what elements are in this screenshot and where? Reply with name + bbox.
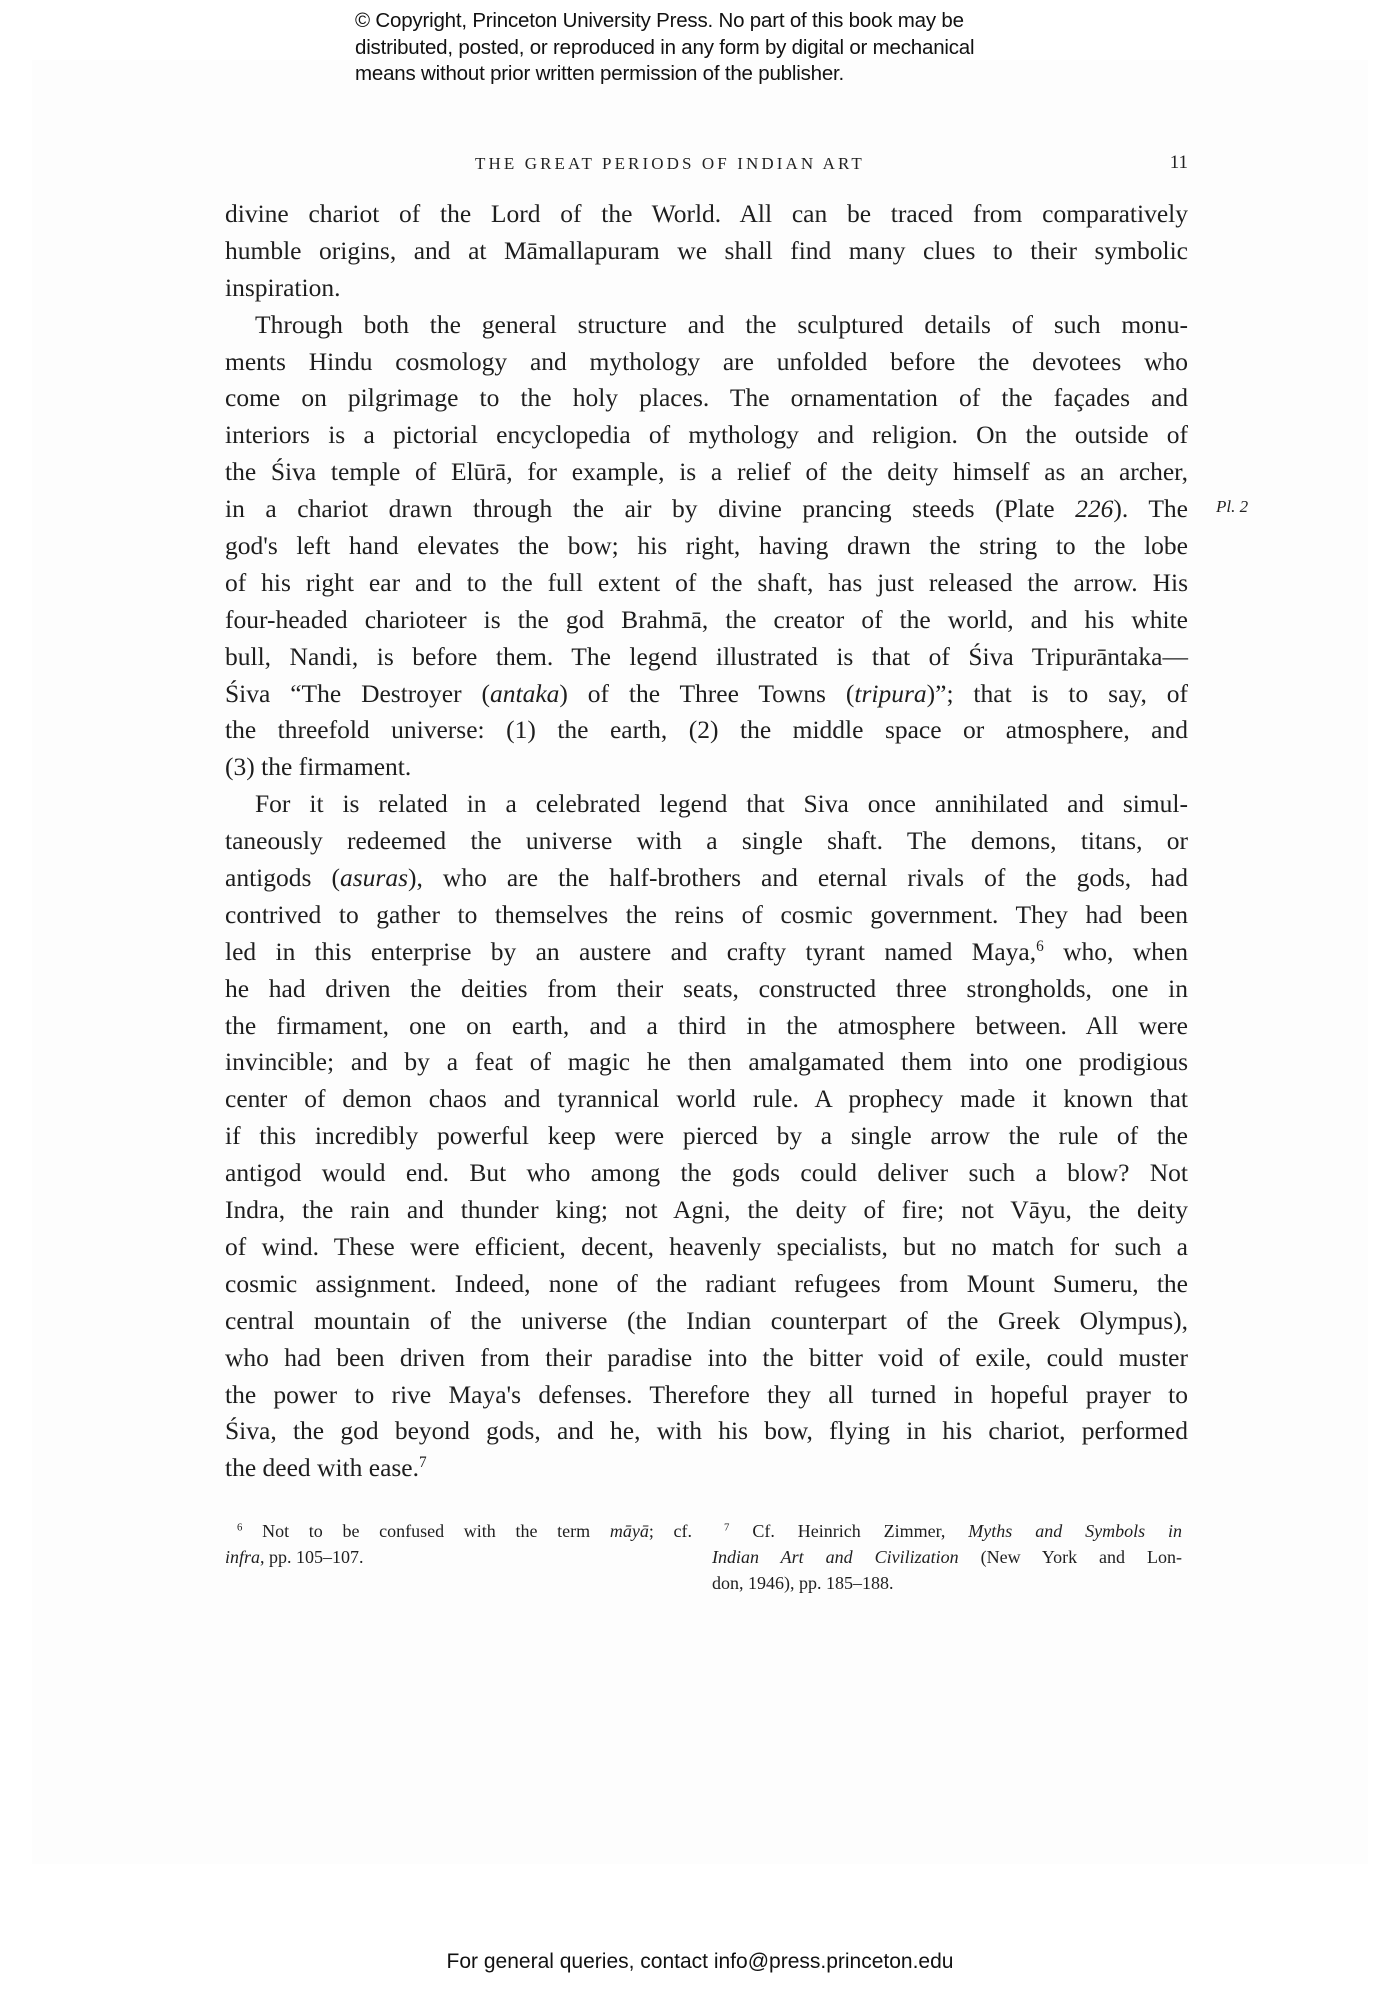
text-segment: who, when	[1044, 937, 1188, 966]
book-title: Indian Art and Civilization	[712, 1547, 959, 1567]
text-line: of his right ear and to the full extent …	[225, 565, 1188, 602]
plate-reference: 226	[1075, 494, 1113, 523]
text-line: god's left hand elevates the bow; his ri…	[225, 528, 1188, 565]
text-segment: led in this enterprise by an austere and…	[225, 937, 1036, 966]
text-line: central mountain of the universe (the In…	[225, 1303, 1188, 1340]
footnote-line: 7 Cf. Heinrich Zimmer, Myths and Symbols…	[724, 1518, 1182, 1544]
text-line: four-headed charioteer is the god Brahmā…	[225, 602, 1188, 639]
copyright-notice: © Copyright, Princeton University Press.…	[355, 8, 1055, 88]
text-line: come on pilgrimage to the holy places. T…	[225, 380, 1188, 417]
paragraph-start-line: For it is related in a celebrated legend…	[225, 786, 1188, 823]
text-segment: the deed with ease.	[225, 1453, 419, 1482]
text-line: invincible; and by a feat of magic he th…	[225, 1044, 1188, 1081]
paragraph-start-line: Through both the general structure and t…	[225, 307, 1188, 344]
italic-term: tripura	[854, 679, 926, 708]
copyright-line: distributed, posted, or reproduced in an…	[355, 35, 1055, 62]
text-line: divine chariot of the Lord of the World.…	[225, 196, 1188, 233]
text-line: in a chariot drawn through the air by di…	[225, 491, 1188, 528]
text-line: contrived to gather to themselves the re…	[225, 897, 1188, 934]
page-number: 11	[1170, 152, 1188, 174]
text-segment: ) of the Three Towns (	[559, 679, 854, 708]
text-line: taneously redeemed the universe with a s…	[225, 823, 1188, 860]
contact-footer: For general queries, contact info@press.…	[0, 1950, 1400, 1974]
text-segment: Cf. Heinrich Zimmer,	[729, 1521, 968, 1541]
text-segment: Śiva “The Destroyer (	[225, 679, 490, 708]
footnote-ref-6[interactable]: 6	[1036, 938, 1044, 955]
footnote-7: 7 Cf. Heinrich Zimmer, Myths and Symbols…	[724, 1518, 1182, 1596]
text-line: the threefold universe: (1) the earth, (…	[225, 712, 1188, 749]
copyright-line: © Copyright, Princeton University Press.…	[355, 8, 1055, 35]
text-line: center of demon chaos and tyrannical wor…	[225, 1081, 1188, 1118]
text-line: ments Hindu cosmology and mythology are …	[225, 344, 1188, 381]
text-line: bull, Nandi, is before them. The legend …	[225, 639, 1188, 676]
footnote-line: don, 1946), pp. 185–188.	[712, 1570, 1182, 1596]
italic-term: infra	[225, 1547, 260, 1567]
text-line: cosmic assignment. Indeed, none of the r…	[225, 1266, 1188, 1303]
running-title: THE GREAT PERIODS OF INDIAN ART	[475, 154, 865, 174]
text-line: the Śiva temple of Elūrā, for example, i…	[225, 454, 1188, 491]
text-segment: (New York and Lon-	[959, 1547, 1182, 1567]
text-segment: in a chariot drawn through the air by di…	[225, 494, 1075, 523]
italic-term: asuras	[340, 863, 408, 892]
text-segment: ), who are the half-brothers and eternal…	[408, 863, 1188, 892]
text-line: (3) the firmament.	[225, 749, 1188, 786]
text-line: the power to rive Maya's defenses. There…	[225, 1377, 1188, 1414]
plate-margin-note: Pl. 2	[1216, 497, 1248, 517]
text-line: antigods (asuras), who are the half-brot…	[225, 860, 1188, 897]
footnote-line: infra, pp. 105–107.	[225, 1544, 692, 1570]
text-line: the deed with ease.7	[225, 1450, 1188, 1487]
text-segment: Not to be confused with the term	[242, 1521, 609, 1541]
footnote-line: 6 Not to be confused with the term māyā;…	[237, 1518, 692, 1544]
text-line: he had driven the deities from their sea…	[225, 971, 1188, 1008]
text-line: antigod would end. But who among the god…	[225, 1155, 1188, 1192]
footnote-line: Indian Art and Civilization (New York an…	[712, 1544, 1182, 1570]
text-line: the firmament, one on earth, and a third…	[225, 1008, 1188, 1045]
text-line: Śiva “The Destroyer (antaka) of the Thre…	[225, 676, 1188, 713]
copyright-line: means without prior written permission o…	[355, 61, 1055, 88]
text-line: humble origins, and at Māmallapuram we s…	[225, 233, 1188, 270]
book-title: Myths and Symbols in	[968, 1521, 1182, 1541]
text-line: who had been driven from their paradise …	[225, 1340, 1188, 1377]
italic-term: māyā	[610, 1521, 649, 1541]
text-line: led in this enterprise by an austere and…	[225, 934, 1188, 971]
text-line: if this incredibly powerful keep were pi…	[225, 1118, 1188, 1155]
body-text: divine chariot of the Lord of the World.…	[225, 196, 1188, 1487]
footnote-6: 6 Not to be confused with the term māyā;…	[237, 1518, 692, 1570]
text-segment: antigods (	[225, 863, 340, 892]
text-line: of wind. These were efficient, decent, h…	[225, 1229, 1188, 1266]
text-line: interiors is a pictorial encyclopedia of…	[225, 417, 1188, 454]
text-line: Indra, the rain and thunder king; not Ag…	[225, 1192, 1188, 1229]
text-segment: , pp. 105–107.	[260, 1547, 364, 1567]
text-line: inspiration.	[225, 270, 1188, 307]
italic-term: antaka	[490, 679, 559, 708]
footnote-ref-7[interactable]: 7	[419, 1454, 427, 1471]
text-segment: )”; that is to say, of	[927, 679, 1188, 708]
text-segment: ; cf.	[649, 1521, 692, 1541]
text-line: Śiva, the god beyond gods, and he, with …	[225, 1413, 1188, 1450]
running-head: THE GREAT PERIODS OF INDIAN ART 11	[225, 150, 1188, 180]
text-segment: ). The	[1113, 494, 1188, 523]
